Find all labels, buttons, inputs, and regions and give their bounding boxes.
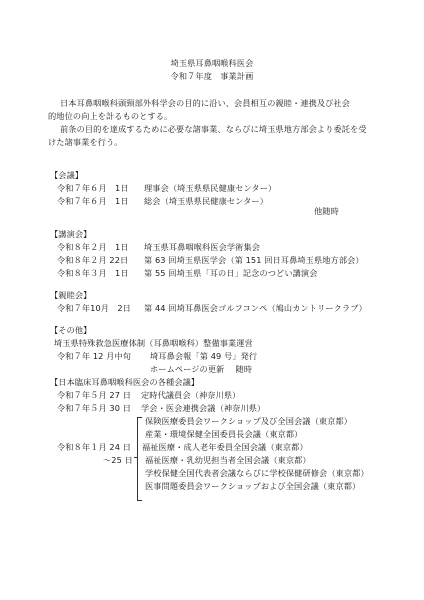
meeting-note: 他随時 [314, 206, 339, 216]
social-event: 第 44 回埼耳鼻医会ゴルフコンペ（鳩山カントリークラブ） [144, 303, 367, 313]
meeting-date: 令和７年６月 1日 [57, 183, 129, 193]
lecture-date: 令和８年３月 1日 [57, 268, 129, 278]
jcoa-group-event: 福祉医療・成人老年委員全国会議（東京都） [142, 442, 308, 452]
social-date: 令和７年10月 2日 [57, 303, 131, 313]
jcoa-date: 令和７年５月 30 日 [57, 403, 131, 413]
meeting-event: 総会（埼玉県県民健康センター） [144, 196, 268, 206]
meeting-event: 理事会（埼玉県県民健康センター） [144, 183, 276, 193]
section-heading-other: 【その他】 [50, 325, 91, 335]
lecture-event: 埼玉県耳鼻咽喉科医会学術集会 [144, 242, 260, 252]
section-heading-jcoa-meetings: 【日本臨床耳鼻咽喉科医会の各種会議】 [50, 377, 199, 387]
jcoa-group-event: 産業・環境保健全国委員長会議（東京都） [145, 429, 302, 439]
jcoa-group-date-end: ～25 日 [103, 455, 133, 465]
intro-paragraph-2-line-1: 前条の目的を達成するために必要な諸事業、ならびに埼玉県地方部会より委託を受 [60, 124, 367, 134]
lecture-event: 第 63 回埼玉県医学会（第 151 回日耳鼻埼玉県地方部会） [144, 255, 364, 265]
jcoa-group-event: 医事問題委員会ワークショップおよび全国会議（東京都） [145, 481, 360, 491]
document-title: 令和７年度 事業計画 [0, 71, 424, 81]
jcoa-group-event: 学校保健全国代表者会議ならびに学校保健研修会（東京都） [145, 468, 369, 478]
other-event: ホームページの更新 随時 [150, 364, 252, 374]
lecture-event: 第 55 回埼玉県「耳の日」記念のつどい講演会 [144, 268, 318, 278]
document-page: 埼玉県耳鼻咽喉科医会 令和７年度 事業計画 日本耳鼻咽喉科頭頸部外科学会の目的に… [0, 0, 424, 600]
meeting-date: 令和７年６月 1日 [57, 196, 129, 206]
group-bracket [137, 417, 142, 501]
org-title: 埼玉県耳鼻咽喉科医会 [0, 58, 424, 68]
jcoa-date: 令和７年５月 27 日 [57, 390, 131, 400]
intro-paragraph-2-line-2: けた諸事業を行う。 [48, 137, 123, 147]
other-date: 令和７年 12 月中旬 [57, 351, 131, 361]
group-bracket-tick [134, 457, 137, 458]
intro-paragraph-1-line-1: 日本耳鼻咽喉科頭頸部外科学会の目的に沿い、会員相互の親睦・連携及び社会 [60, 98, 350, 108]
jcoa-event: 学会・医会連携会議（神奈川県） [141, 403, 265, 413]
other-line: 埼玉県特殊救急医療体制（耳鼻咽喉科）整備事業運営 [54, 338, 253, 348]
lecture-date: 令和８年２月 22日 [57, 255, 128, 265]
jcoa-event: 定時代議員会（神奈川県） [141, 390, 240, 400]
section-heading-lectures: 【講演会】 [50, 229, 91, 239]
lecture-date: 令和８年２月 1日 [57, 242, 129, 252]
jcoa-group-event: 福祉医療・乳幼児担当者全国会議（東京都） [145, 455, 311, 465]
other-event: 埼耳鼻会報「第 49 号」発行 [150, 351, 257, 361]
section-heading-meetings: 【会議】 [50, 170, 83, 180]
section-heading-social: 【親睦会】 [50, 290, 91, 300]
intro-paragraph-1-line-2: 的地位の向上を計るものとする。 [48, 111, 172, 121]
jcoa-group-date: 令和８年１月 24 日 [57, 442, 131, 452]
jcoa-group-event: 保険医療委員会ワークショップ及び全国会議（東京都） [145, 416, 352, 426]
